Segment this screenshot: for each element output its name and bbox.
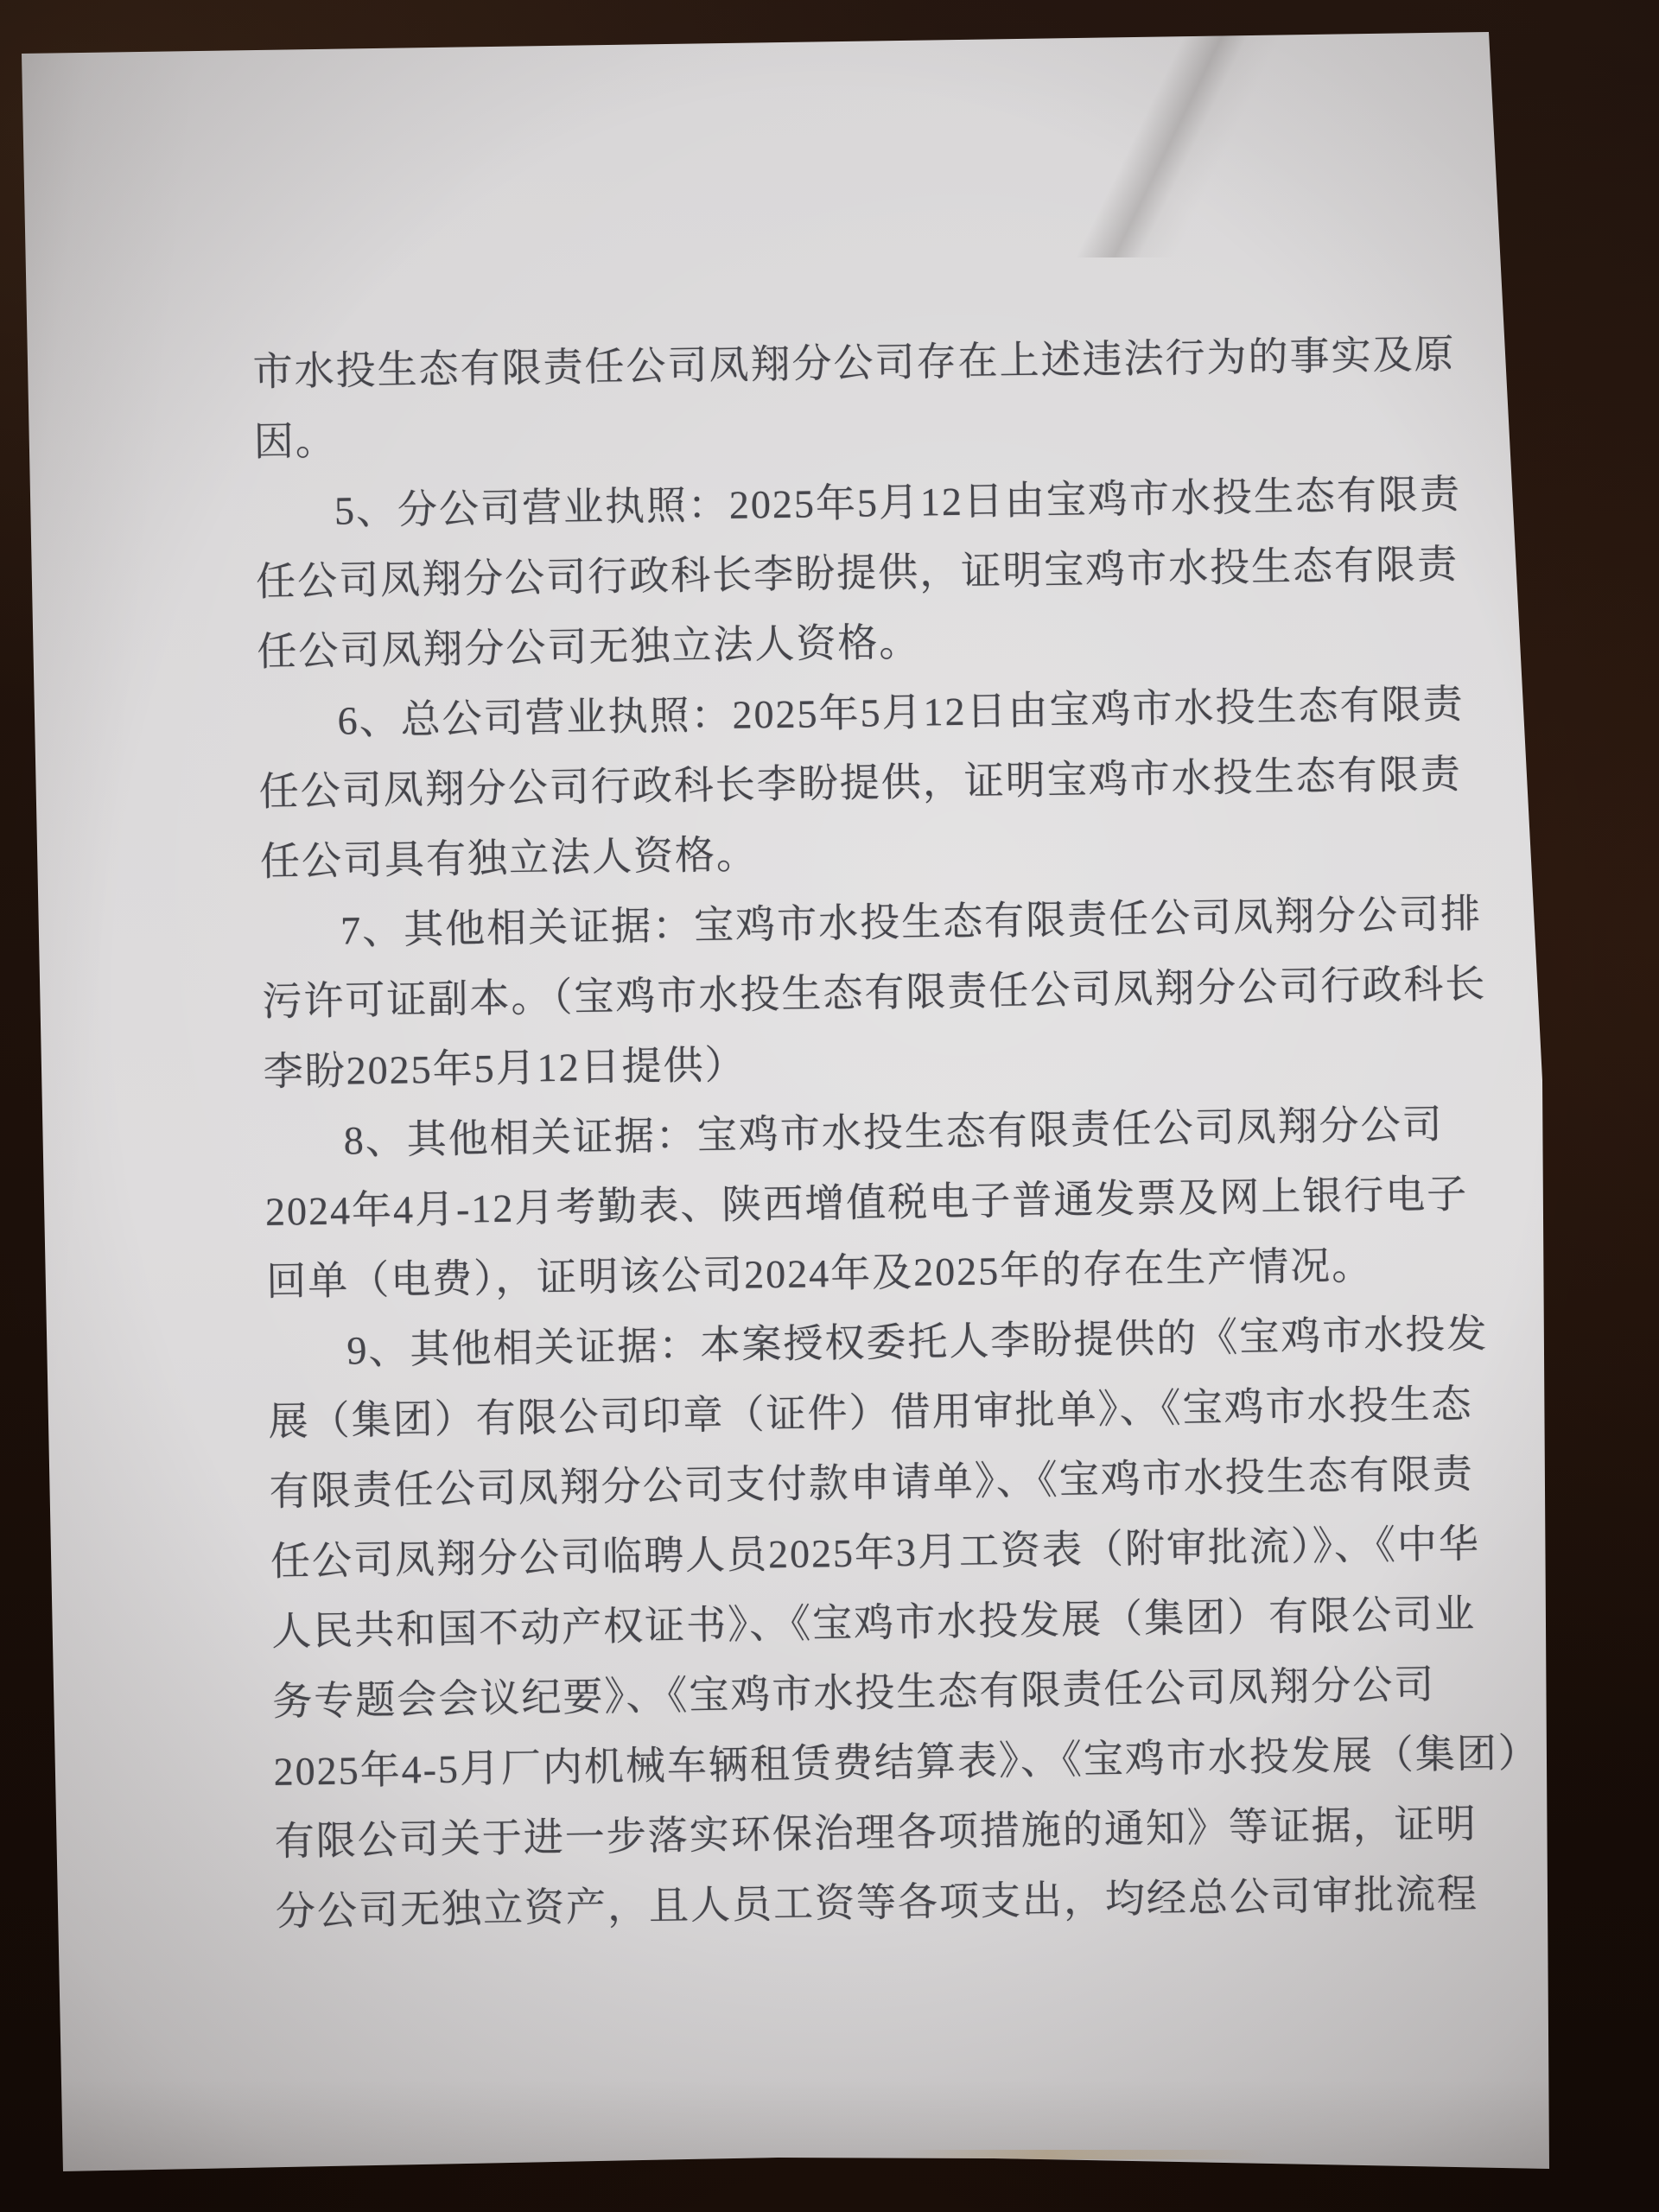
paper-edge-glint bbox=[899, 2150, 1270, 2159]
paper-sheet: 市水投生态有限责任公司凤翔分公司存在上述违法行为的事实及原 因。 5、分公司营业… bbox=[0, 0, 1659, 2212]
document-text: 市水投生态有限责任公司凤翔分公司存在上述违法行为的事实及原 因。 5、分公司营业… bbox=[252, 320, 1461, 1947]
paper-fold-shadow bbox=[1020, 24, 1331, 257]
